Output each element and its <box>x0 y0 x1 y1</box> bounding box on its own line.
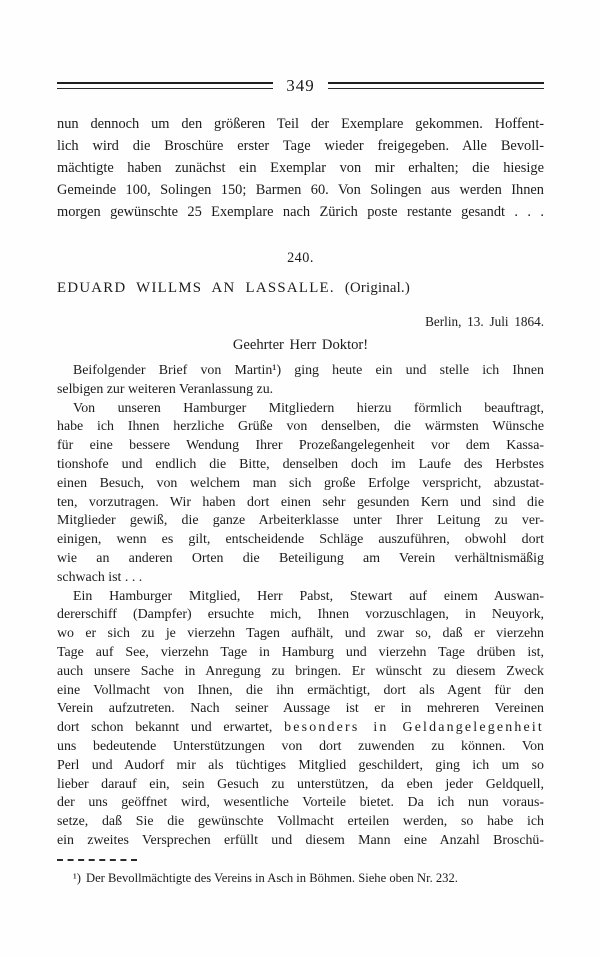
text-line: Beifolgender Brief von Martin¹) ging heu… <box>57 362 544 381</box>
text-line: ten, vorzutragen. Wir haben dort einen s… <box>57 494 544 513</box>
text-line: der uns geöffnet wird, wesentliche Vorte… <box>57 794 544 813</box>
text-line: habe ich Ihnen herzliche Grüße von dense… <box>57 418 544 437</box>
text-line: nun dennoch um den größeren Teil der Exe… <box>57 113 544 135</box>
page-number: 349 <box>286 77 315 94</box>
text-line: für eine bessere Wendung Ihrer Prozeßang… <box>57 437 544 456</box>
text-line: schwach ist . . . <box>57 569 544 588</box>
emphasized-phrase: besonders in Geldangelegenheit <box>284 720 544 735</box>
footnote-marker: ¹) <box>73 871 81 885</box>
text-line: lieber darauf ein, sein Gesuch zu unters… <box>57 776 544 795</box>
header-rule-right <box>328 82 544 89</box>
letter-body: Beifolgender Brief von Martin¹) ging heu… <box>57 362 544 851</box>
letter-title-text: EDUARD WILLMS AN LASSALLE. <box>57 280 335 296</box>
header-rule-left <box>57 82 273 89</box>
book-page: 349 nun dennoch um den größeren Teil der… <box>0 0 600 957</box>
text-line: wo er sich zu je vierzehn Tagen aufhält,… <box>57 625 544 644</box>
text-line: einen Besuch, von welchem man sich große… <box>57 475 544 494</box>
text-line: lich wird die Broschüre erster Tage wied… <box>57 135 544 157</box>
text-line: mächtigte haben zunächst ein Exemplar vo… <box>57 157 544 179</box>
text-line: ein zweites Versprechen erfüllt und dies… <box>57 832 544 851</box>
text-line: auch unsere Sache in Anregung zu bringen… <box>57 663 544 682</box>
text-line: eine Vollmacht von Ihnen, die ihn ermäch… <box>57 682 544 701</box>
text-line: Tage auf See, vierzehn Tage in Hamburg u… <box>57 644 544 663</box>
letter-number: 240. <box>57 250 544 267</box>
footnote-text: Der Bevollmächtigte des Vereins in Asch … <box>86 871 458 885</box>
text-line: einigen, wenn es gilt, entscheidende Sch… <box>57 531 544 550</box>
text-line: Ein Hamburger Mitglied, Herr Pabst, Stew… <box>57 588 544 607</box>
text-line: setze, daß Sie die gewünschte Vollmacht … <box>57 813 544 832</box>
salutation: Geehrter Herr Doktor! <box>57 337 544 354</box>
text-line: selbigen zur weiteren Veranlassung zu. <box>57 381 544 400</box>
dateline: Berlin, 13. Juli 1864. <box>57 314 544 330</box>
text-line: Von unseren Hamburger Mitgliedern hierzu… <box>57 400 544 419</box>
footnote: ¹)Der Bevollmächtigte des Vereins in Asc… <box>57 870 544 887</box>
footnote-separator <box>57 859 137 861</box>
text-line: tionshofe und endlich die Bitte, denselb… <box>57 456 544 475</box>
previous-letter-continuation: nun dennoch um den größeren Teil der Exe… <box>57 113 544 223</box>
text-line: Mitglieder gewiß, die ganze Arbeiterklas… <box>57 512 544 531</box>
text-segment: dort schon bekannt und erwartet, <box>57 720 284 735</box>
text-line-with-emphasis: dort schon bekannt und erwartet, besonde… <box>57 719 544 738</box>
text-line: uns bedeutende Unterstützungen von dort … <box>57 738 544 757</box>
letter-title-annotation: (Original.) <box>345 280 410 296</box>
text-line: Perl und Audorf mir als tüchtiges Mitgli… <box>57 757 544 776</box>
text-line: Verein aufzutreten. Nach seiner Aussage … <box>57 700 544 719</box>
text-line: Gemeinde 100, Solingen 150; Barmen 60. V… <box>57 179 544 201</box>
letter-title: EDUARD WILLMS AN LASSALLE. (Original.) <box>57 280 544 297</box>
text-line: wie an anderen Orten die Beteiligung am … <box>57 550 544 569</box>
text-line: morgen gewünschte 25 Exemplare nach Züri… <box>57 201 544 223</box>
page-header: 349 <box>57 77 544 94</box>
text-line: dererschiff (Dampfer) ersuchte mich, Ihn… <box>57 606 544 625</box>
